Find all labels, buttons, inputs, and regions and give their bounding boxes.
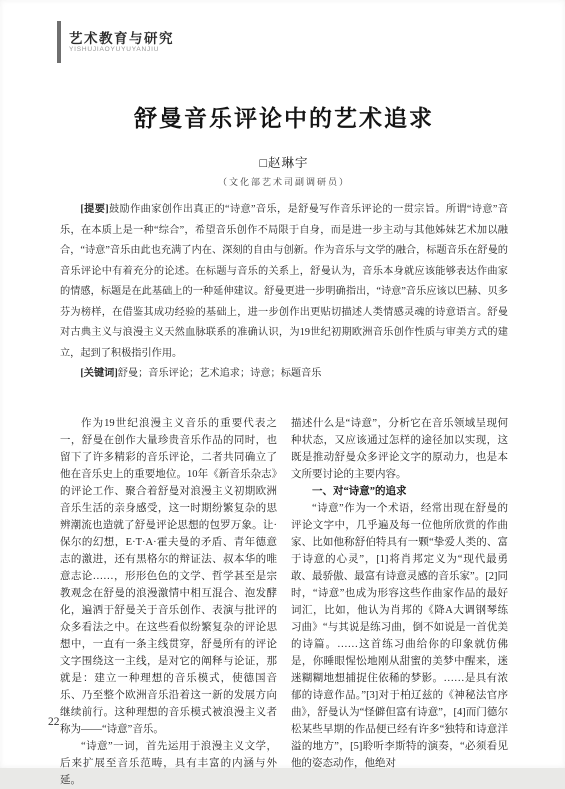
keywords-text: 舒曼；音乐评论；艺术追求；诗意；标题音乐 bbox=[118, 368, 322, 379]
page-number: 22 bbox=[48, 716, 60, 728]
right-column: 描述什么是“诗意”，分析它在音乐领域呈现何种状态，又应该通过怎样的途径加以实现，… bbox=[291, 415, 508, 789]
journal-badge: 艺术教育与研究 YISHUJIAOYUYUYANJIU bbox=[57, 21, 508, 65]
author-affiliation: （文化部艺术司副调研员） bbox=[60, 175, 508, 188]
keywords-label: [关键词] bbox=[80, 368, 117, 379]
article-author: □赵琳宇 bbox=[60, 153, 508, 171]
keywords-line: [关键词]舒曼；音乐评论；艺术追求；诗意；标题音乐 bbox=[60, 364, 508, 385]
body-paragraph: “诗意”作为一个术语，经常出现在舒曼的评论文字中，几乎遍及每一位他所欣赏的作曲家… bbox=[291, 500, 508, 772]
abstract-label: [提要] bbox=[80, 204, 108, 215]
abstract-text: 鼓励作曲家创作出真正的“诗意”音乐，是舒曼写作音乐评论的一贯宗旨。所谓“诗意”音… bbox=[60, 204, 508, 359]
left-column: 作为19世纪浪漫主义音乐的重要代表之一，舒曼在创作大量珍贵音乐作品的同时，也留下… bbox=[60, 415, 277, 789]
journal-pinyin: YISHUJIAOYUYUYANJIU bbox=[69, 46, 174, 54]
section-heading: 一、对“诗意”的追求 bbox=[291, 483, 508, 500]
journal-badge-text: 艺术教育与研究 YISHUJIAOYUYUYANJIU bbox=[69, 21, 174, 54]
body-paragraph: 作为19世纪浪漫主义音乐的重要代表之一，舒曼在创作大量珍贵音乐作品的同时，也留下… bbox=[60, 415, 277, 738]
abstract-section: [提要]鼓励作曲家创作出真正的“诗意”音乐，是舒曼写作音乐评论的一贯宗旨。所谓“… bbox=[60, 200, 508, 385]
journal-title: 艺术教育与研究 bbox=[69, 31, 174, 46]
body-paragraph: “诗意”一词，首先运用于浪漫主义文学，后来扩展至音乐范畴，具有丰富的内涵与外延。 bbox=[60, 738, 277, 789]
body-paragraph: 描述什么是“诗意”，分析它在音乐领域呈现何种状态，又应该通过怎样的途径加以实现，… bbox=[291, 415, 508, 483]
abstract-paragraph: [提要]鼓励作曲家创作出真正的“诗意”音乐，是舒曼写作音乐评论的一贯宗旨。所谓“… bbox=[60, 200, 508, 364]
badge-vertical-bar-icon bbox=[57, 21, 61, 63]
document-page: 艺术教育与研究 YISHUJIAOYUYUYANJIU 舒曼音乐评论中的艺术追求… bbox=[0, 0, 565, 768]
body-columns: 作为19世纪浪漫主义音乐的重要代表之一，舒曼在创作大量珍贵音乐作品的同时，也留下… bbox=[60, 415, 508, 789]
article-title: 舒曼音乐评论中的艺术追求 bbox=[60, 105, 508, 133]
